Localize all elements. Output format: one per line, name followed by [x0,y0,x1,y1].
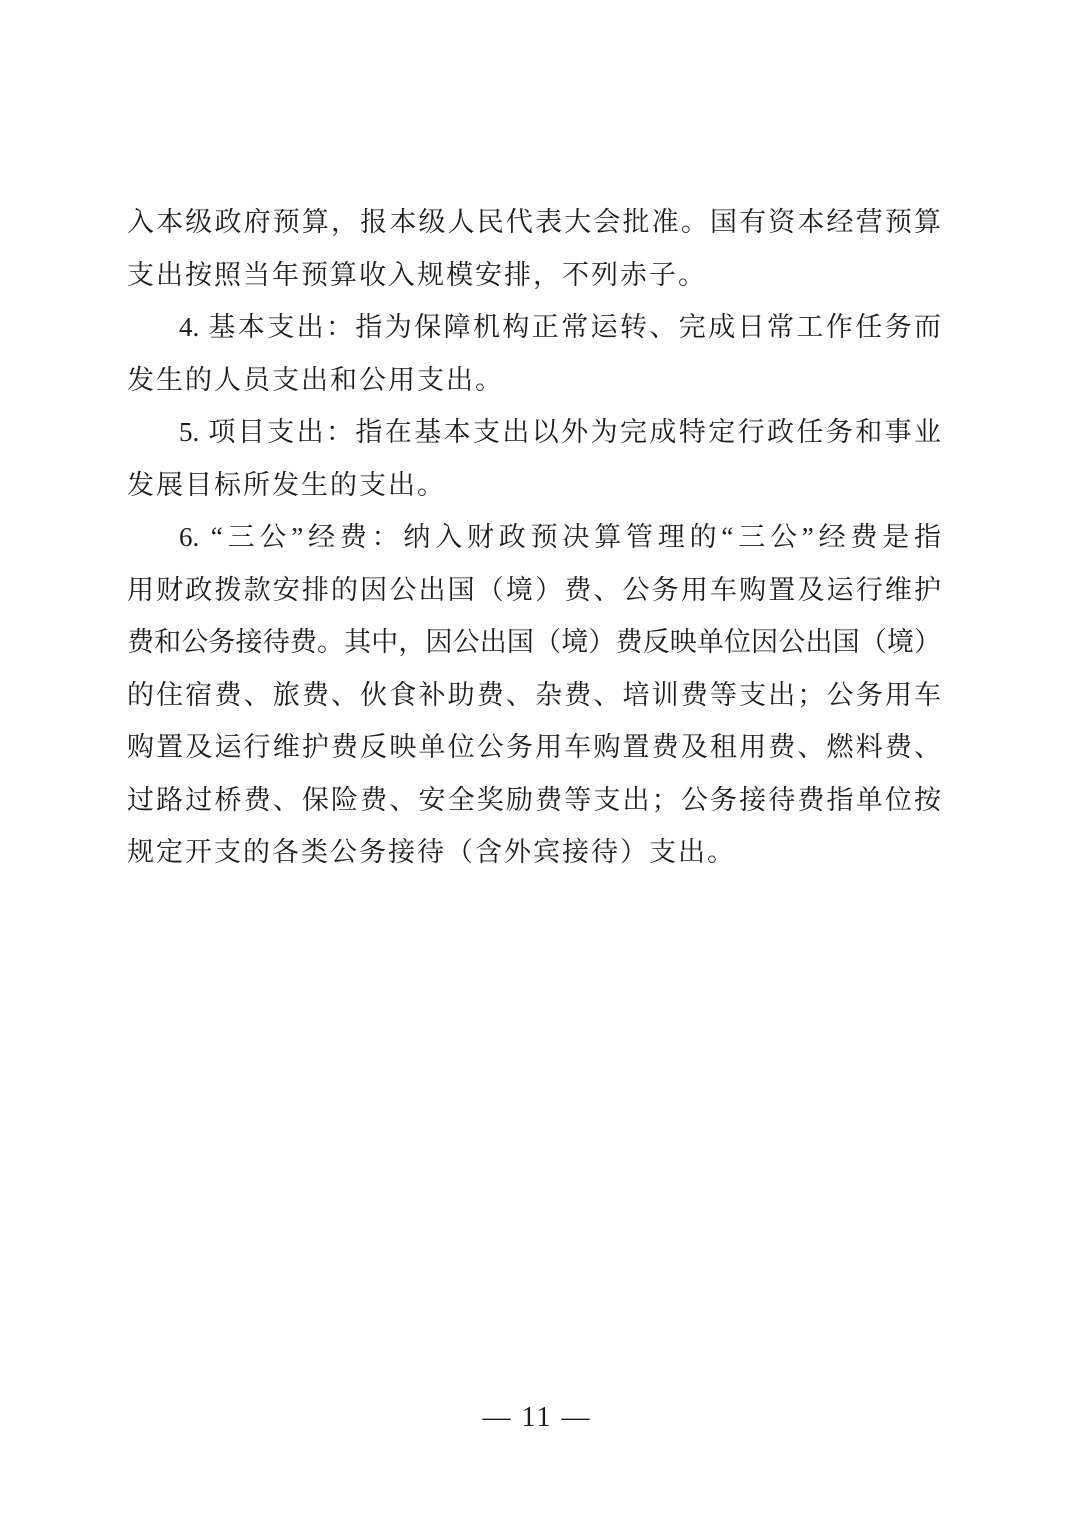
text-line: 购置及运行维护费反映单位公务用车购置费及租用费、燃料费、 [127,721,941,774]
body-text: 入本级政府预算，报本级人民代表大会批准。国有资本经营预算 支出按照当年预算收入规… [127,196,941,879]
page-number: — 11 — [0,1402,1074,1434]
text-line: 费和公务接待费。其中，因公出国（境）费反映单位因公出国（境） [127,616,941,669]
text-line: 6. “三公”经费：纳入财政预决算管理的“三公”经费是指 [127,511,941,564]
text-line: 过路过桥费、保险费、安全奖励费等支出；公务接待费指单位按 [127,774,941,827]
text-line: 支出按照当年预算收入规模安排，不列赤子。 [127,249,941,302]
text-line: 用财政拨款安排的因公出国（境）费、公务用车购置及运行维护 [127,564,941,617]
text-line: 入本级政府预算，报本级人民代表大会批准。国有资本经营预算 [127,196,941,249]
document-page: 入本级政府预算，报本级人民代表大会批准。国有资本经营预算 支出按照当年预算收入规… [0,0,1074,1520]
text-line: 的住宿费、旅费、伙食补助费、杂费、培训费等支出；公务用车 [127,669,941,722]
text-line: 发生的人员支出和公用支出。 [127,354,941,407]
text-line: 规定开支的各类公务接待（含外宾接待）支出。 [127,826,941,879]
text-line: 4. 基本支出：指为保障机构正常运转、完成日常工作任务而 [127,301,941,354]
text-line: 5. 项目支出：指在基本支出以外为完成特定行政任务和事业 [127,406,941,459]
text-line: 发展目标所发生的支出。 [127,459,941,512]
